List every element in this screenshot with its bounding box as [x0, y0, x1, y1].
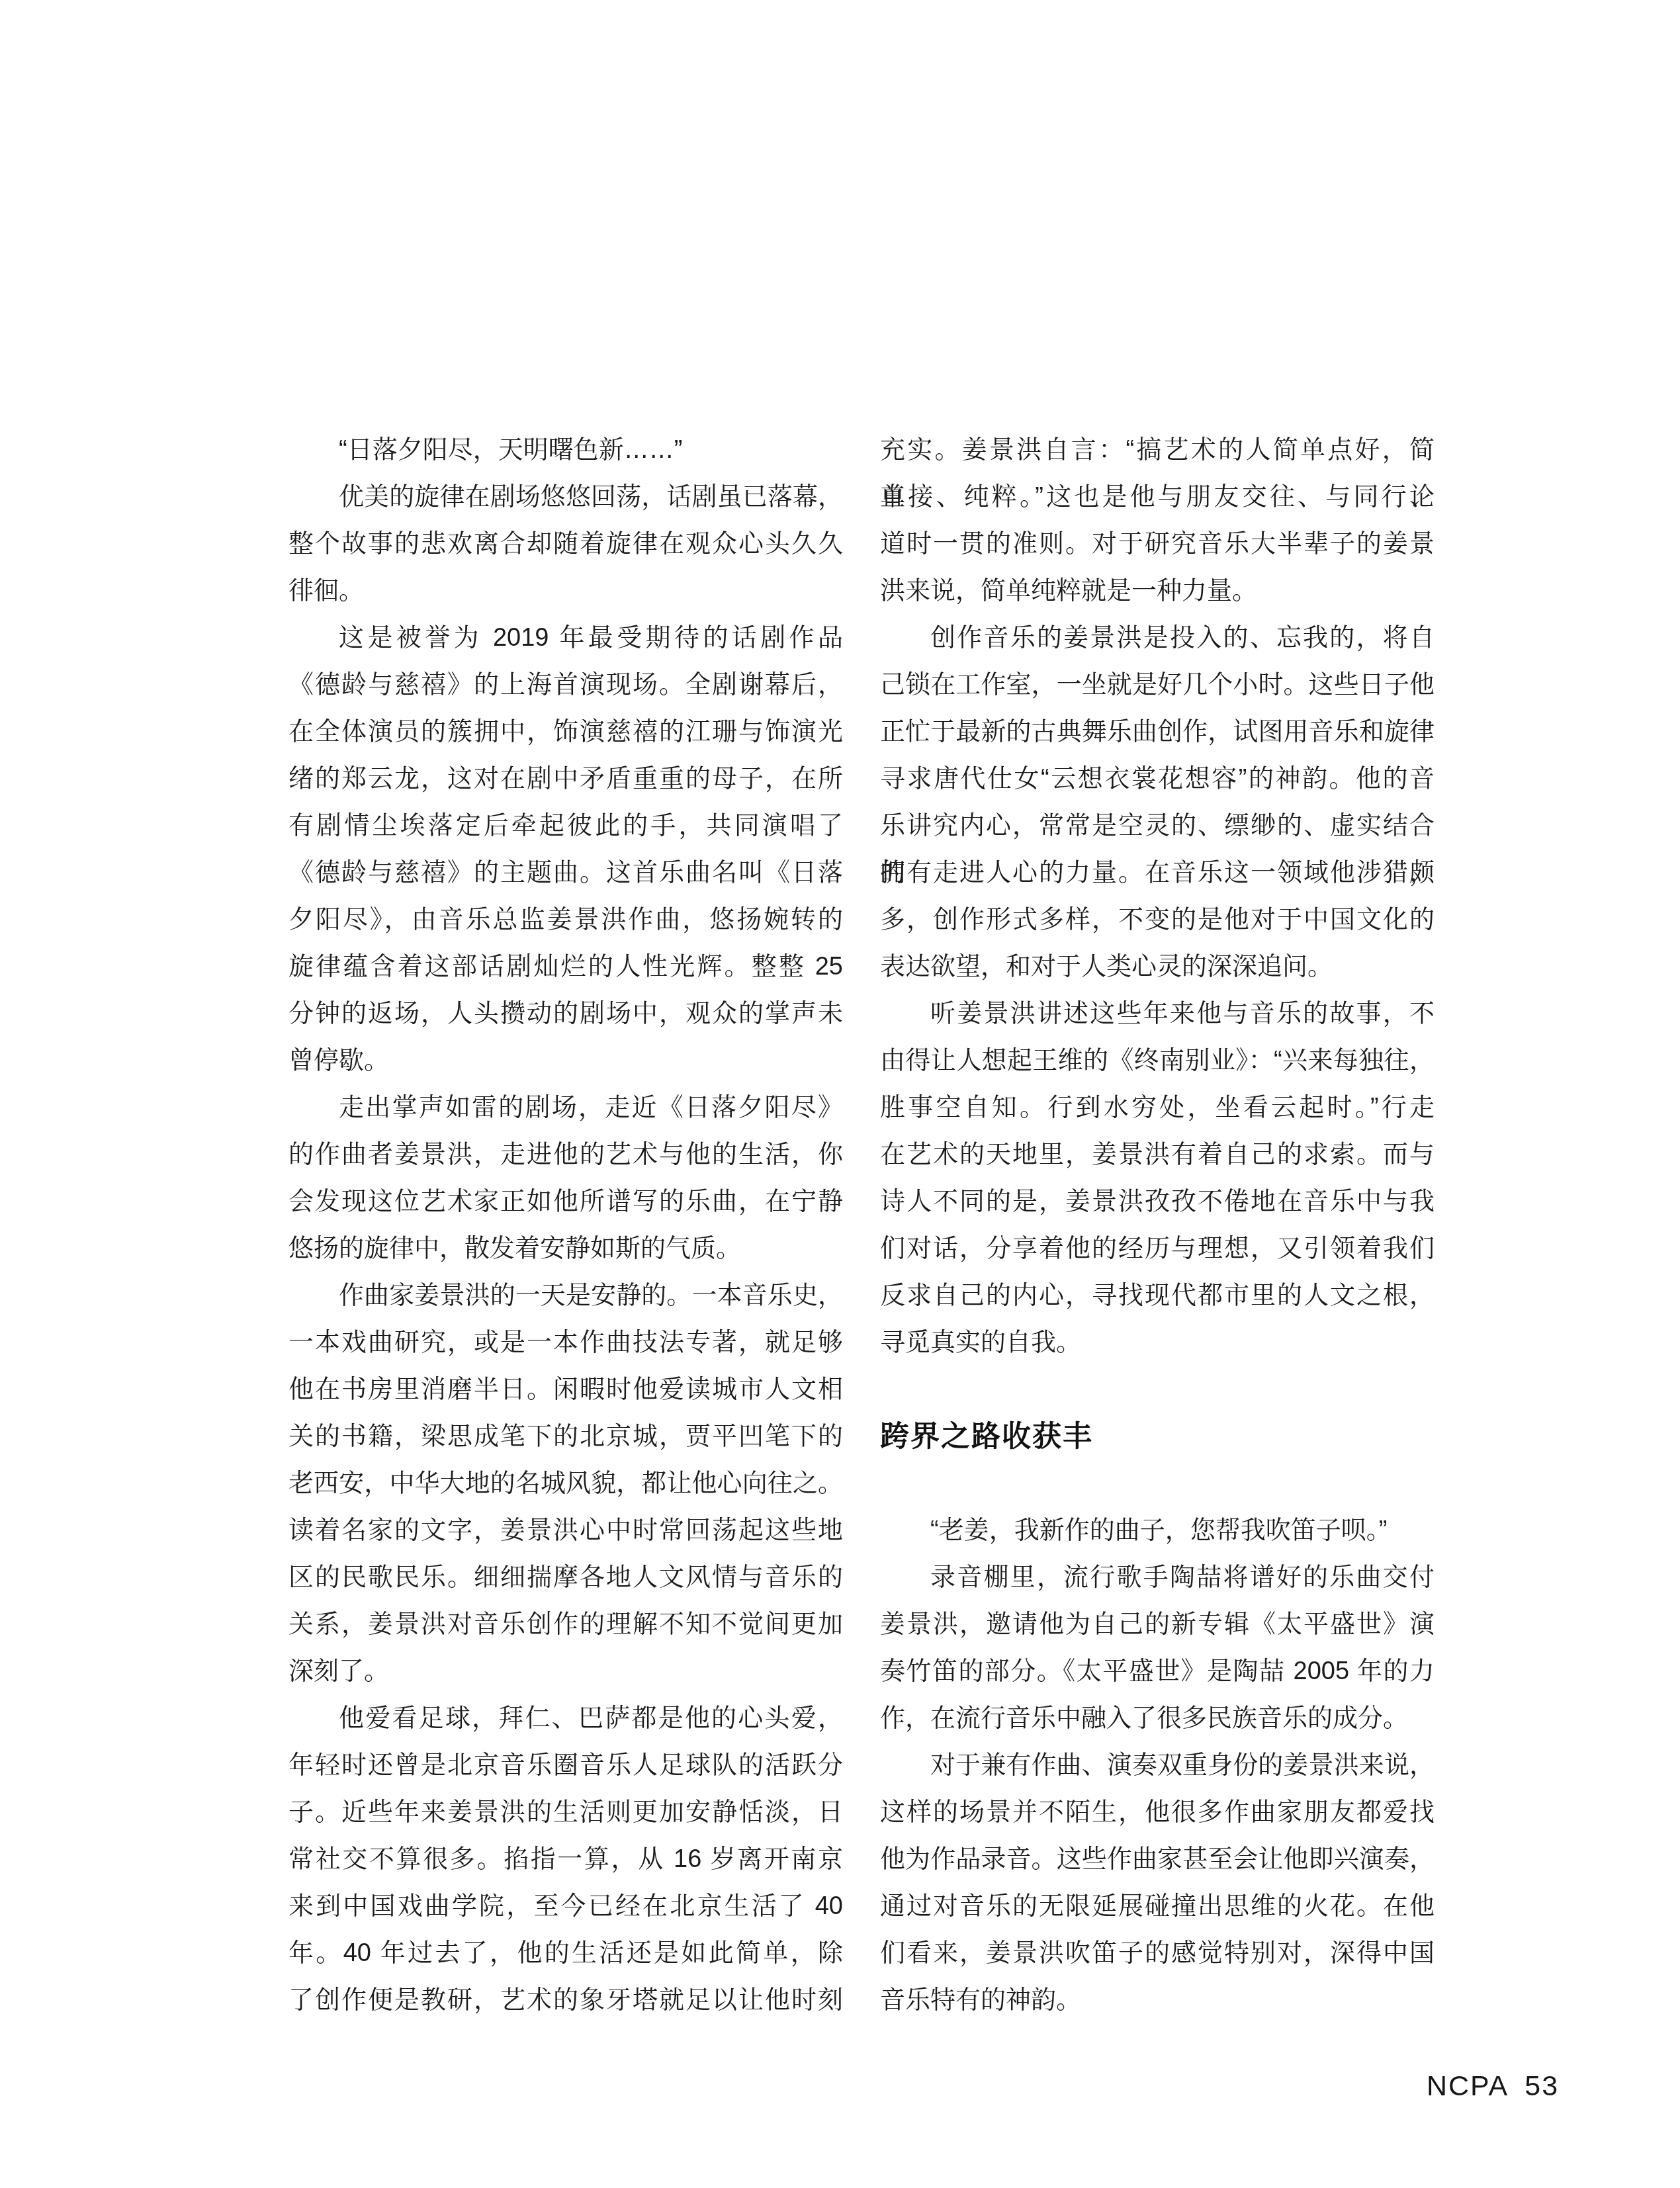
text-line: 子。近些年来姜景洪的生活则更加安静恬淡，日: [288, 1789, 843, 1836]
text-line: 寻求唐代仕女“云想衣裳花想容”的神韵。他的音: [880, 756, 1435, 803]
text-line: 正忙于最新的古典舞乐曲创作，试图用音乐和旋律: [880, 709, 1435, 756]
text-line: 寻觅真实的自我。: [880, 1319, 1435, 1366]
text-line: 分钟的返场，人头攒动的剧场中，观众的掌声未: [288, 990, 843, 1037]
text-line: 充实。姜景洪自言：“搞艺术的人简单点好，简单、: [880, 427, 1435, 474]
text-line: 作，在流行音乐中融入了很多民族音乐的成分。: [880, 1695, 1435, 1742]
text-line: 通过对音乐的无限延展碰撞出思维的火花。在他: [880, 1883, 1435, 1930]
text-line: 他爱看足球，拜仁、巴萨都是他的心头爱，: [288, 1695, 843, 1742]
text-line: 来到中国戏曲学院，至今已经在北京生活了 40: [288, 1883, 843, 1930]
text-line: 的作曲者姜景洪，走进他的艺术与他的生活，你: [288, 1131, 843, 1178]
text-line: 拥有走进人心的力量。在音乐这一领域他涉猎颇: [880, 850, 1435, 897]
text-line: 奏竹笛的部分。《太平盛世》是陶喆 2005 年的力: [880, 1648, 1435, 1695]
text-line: 乐讲究内心，常常是空灵的、缥缈的、虚实结合的，: [880, 803, 1435, 850]
text-line: 老西安，中华大地的名城风貌，都让他心向往之。: [288, 1460, 843, 1507]
text-line: 们对话，分享着他的经历与理想，又引领着我们: [880, 1225, 1435, 1272]
text-line: 这是被誉为 2019 年最受期待的话剧作品: [288, 615, 843, 662]
article-column-left: “日落夕阳尽，天明曙色新……”优美的旋律在剧场悠悠回荡，话剧虽已落幕，整个故事的…: [288, 427, 843, 2024]
text-line: 洪来说，简单纯粹就是一种力量。: [880, 568, 1435, 615]
text-line: 常社交不算很多。掐指一算，从 16 岁离开南京: [288, 1836, 843, 1883]
text-line: 悠扬的旋律中，散发着安静如斯的气质。: [288, 1225, 843, 1272]
text-line: 一本戏曲研究，或是一本作曲技法专著，就足够: [288, 1319, 843, 1366]
text-line: 旋律蕴含着这部话剧灿烂的人性光辉。整整 25: [288, 943, 843, 990]
text-line: 关的书籍，梁思成笔下的北京城，贾平凹笔下的: [288, 1413, 843, 1460]
text-line: 有剧情尘埃落定后牵起彼此的手，共同演唱了: [288, 803, 843, 850]
text-line: 姜景洪，邀请他为自己的新专辑《太平盛世》演: [880, 1601, 1435, 1648]
text-line: 走出掌声如雷的剧场，走近《日落夕阳尽》: [288, 1084, 843, 1131]
text-line: 录音棚里，流行歌手陶喆将谱好的乐曲交付: [880, 1554, 1435, 1601]
text-line: 徘徊。: [288, 568, 843, 615]
text-line: 音乐特有的神韵。: [880, 1977, 1435, 2024]
text-line: 直接、纯粹。”这也是他与朋友交往、与同行论: [880, 474, 1435, 521]
page-number: 53: [1525, 2070, 1559, 2102]
text-line: 听姜景洪讲述这些年来他与音乐的故事，不: [880, 990, 1435, 1037]
text-line: 们看来，姜景洪吹笛子的感觉特别对，深得中国: [880, 1930, 1435, 1977]
text-line: 深刻了。: [288, 1648, 843, 1695]
text-line: 关系，姜景洪对音乐创作的理解不知不觉间更加: [288, 1601, 843, 1648]
text-line: 己锁在工作室，一坐就是好几个小时。这些日子他: [880, 662, 1435, 709]
article-column-right: 充实。姜景洪自言：“搞艺术的人简单点好，简单、直接、纯粹。”这也是他与朋友交往、…: [880, 427, 1435, 2024]
magazine-page: “日落夕阳尽，天明曙色新……”优美的旋律在剧场悠悠回荡，话剧虽已落幕，整个故事的…: [0, 0, 1680, 2188]
text-line: 对于兼有作曲、演奏双重身份的姜景洪来说，: [880, 1742, 1435, 1789]
text-line: 表达欲望，和对于人类心灵的深深追问。: [880, 943, 1435, 990]
text-line: 了创作便是教研，艺术的象牙塔就足以让他时刻: [288, 1977, 843, 2024]
page-footer: NCPA53: [1427, 2071, 1559, 2101]
blank-line: [880, 1460, 1435, 1507]
text-line: 会发现这位艺术家正如他所谱写的乐曲，在宁静: [288, 1178, 843, 1225]
text-line: 在艺术的天地里，姜景洪有着自己的求索。而与: [880, 1131, 1435, 1178]
text-line: 这样的场景并不陌生，他很多作曲家朋友都爱找: [880, 1789, 1435, 1836]
text-line: 他在书房里消磨半日。闲暇时他爱读城市人文相: [288, 1366, 843, 1413]
section-heading: 跨界之路收获丰: [880, 1413, 1435, 1460]
text-line: 绪的郑云龙，这对在剧中矛盾重重的母子，在所: [288, 756, 843, 803]
blank-line: [880, 1366, 1435, 1413]
text-line: 年轻时还曾是北京音乐圈音乐人足球队的活跃分: [288, 1742, 843, 1789]
text-line: 在全体演员的簇拥中，饰演慈禧的江珊与饰演光: [288, 709, 843, 756]
text-line: “日落夕阳尽，天明曙色新……”: [288, 427, 843, 474]
text-line: 道时一贯的准则。对于研究音乐大半辈子的姜景: [880, 521, 1435, 568]
text-line: 诗人不同的是，姜景洪孜孜不倦地在音乐中与我: [880, 1178, 1435, 1225]
text-line: 曾停歇。: [288, 1037, 843, 1084]
text-line: 由得让人想起王维的《终南别业》：“兴来每独往，: [880, 1037, 1435, 1084]
text-line: 多，创作形式多样，不变的是他对于中国文化的: [880, 897, 1435, 943]
text-line: 年。40 年过去了，他的生活还是如此简单，除: [288, 1930, 843, 1977]
text-line: 夕阳尽》，由音乐总监姜景洪作曲，悠扬婉转的: [288, 897, 843, 943]
text-line: 《德龄与慈禧》的上海首演现场。全剧谢幕后，: [288, 662, 843, 709]
text-line: 《德龄与慈禧》的主题曲。这首乐曲名叫《日落: [288, 850, 843, 897]
text-line: 整个故事的悲欢离合却随着旋律在观众心头久久: [288, 521, 843, 568]
text-line: 反求自己的内心，寻找现代都市里的人文之根，: [880, 1272, 1435, 1319]
text-line: 作曲家姜景洪的一天是安静的。一本音乐史，: [288, 1272, 843, 1319]
magazine-label: NCPA: [1427, 2070, 1509, 2102]
text-line: 胜事空自知。行到水穷处，坐看云起时。”行走: [880, 1084, 1435, 1131]
text-line: 创作音乐的姜景洪是投入的、忘我的，将自: [880, 615, 1435, 662]
text-line: 区的民歌民乐。细细揣摩各地人文风情与音乐的: [288, 1554, 843, 1601]
text-line: 读着名家的文字，姜景洪心中时常回荡起这些地: [288, 1507, 843, 1554]
text-line: 优美的旋律在剧场悠悠回荡，话剧虽已落幕，: [288, 474, 843, 521]
text-line: 他为作品录音。这些作曲家甚至会让他即兴演奏，: [880, 1836, 1435, 1883]
text-line: “老姜，我新作的曲子，您帮我吹笛子呗。”: [880, 1507, 1435, 1554]
